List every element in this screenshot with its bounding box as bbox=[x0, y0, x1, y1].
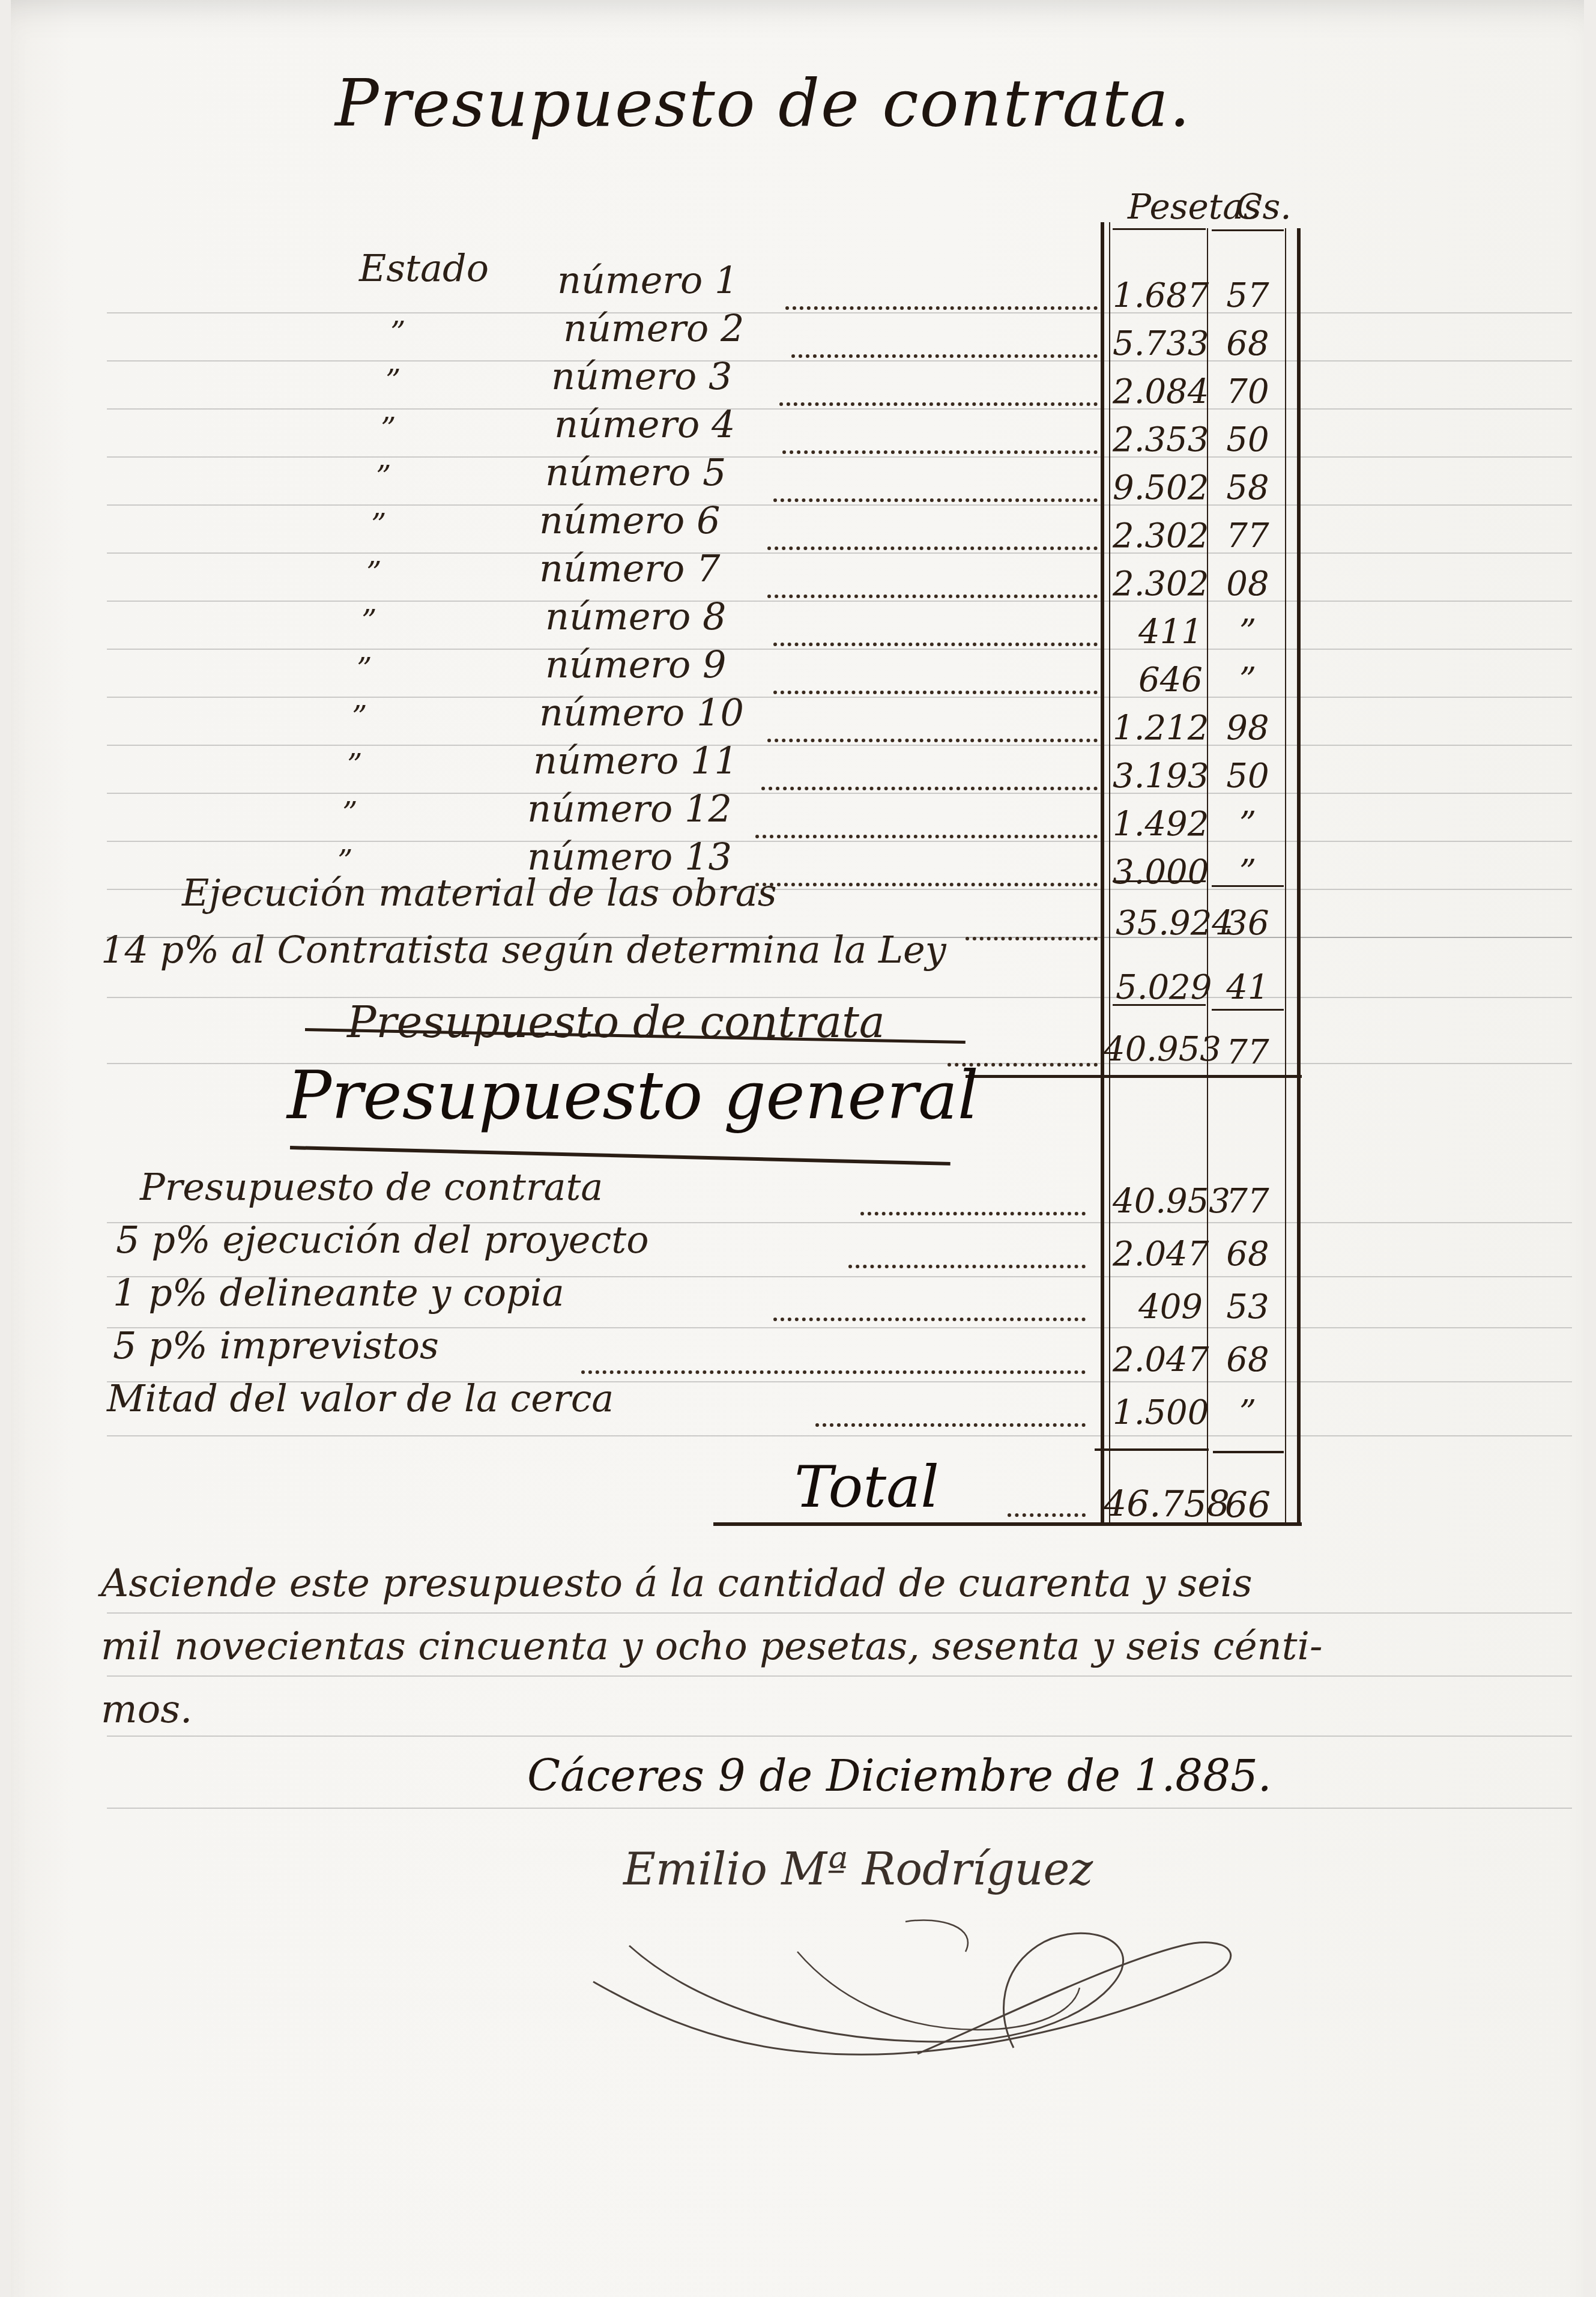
pesetas-value: 3.000 bbox=[1113, 853, 1203, 892]
total-centimos: 66 bbox=[1212, 1484, 1284, 1527]
centimos-value: 77 bbox=[1212, 516, 1284, 555]
statement-line-1: Asciende este presupuesto á la cantidad … bbox=[101, 1561, 1252, 1606]
centimos-value: 68 bbox=[1212, 324, 1284, 363]
estado-label: número 8 bbox=[545, 595, 726, 638]
centimos-value: ” bbox=[1212, 661, 1284, 700]
general-item-label: 5 p% imprevistos bbox=[113, 1324, 439, 1367]
leader-dots bbox=[755, 835, 1098, 838]
estado-label: número 7 bbox=[539, 546, 720, 590]
ditto-mark: ” bbox=[342, 796, 358, 831]
pesetas-value: 1.492 bbox=[1113, 805, 1203, 844]
leader-dots bbox=[767, 739, 1098, 742]
total-label: Total bbox=[794, 1453, 939, 1521]
centimos-value: 50 bbox=[1212, 757, 1284, 796]
ditto-mark: ” bbox=[366, 555, 382, 590]
contrata-rule-pesetas bbox=[1113, 1004, 1206, 1006]
table-border-right-thin bbox=[1285, 228, 1286, 1525]
header-underline-pesetas bbox=[1113, 228, 1206, 230]
signature-flourish-icon bbox=[581, 1910, 1272, 2078]
signature: Emilio Mª Rodríguez bbox=[623, 1844, 1093, 1895]
estado-label: número 11 bbox=[533, 739, 738, 782]
centimos-value: 70 bbox=[1212, 372, 1284, 411]
pesetas-value: 409 bbox=[1113, 1288, 1203, 1327]
general-item-label: Presupuesto de contrata bbox=[140, 1165, 603, 1209]
centimos-value: 98 bbox=[1212, 709, 1284, 748]
leader-dots bbox=[779, 402, 1098, 406]
ditto-mark: ” bbox=[371, 507, 387, 542]
total-underline bbox=[713, 1522, 1302, 1526]
centimos-value: 77 bbox=[1212, 1182, 1284, 1221]
ditto-mark: ” bbox=[357, 652, 372, 686]
ruled-line bbox=[107, 649, 1572, 650]
pesetas-value: 2.302 bbox=[1113, 516, 1203, 555]
table-border-left-thin bbox=[1109, 222, 1110, 1525]
ditto-mark: ” bbox=[385, 363, 401, 398]
pesetas-value: 5.733 bbox=[1113, 324, 1203, 363]
ejecucion-label: Ejecución material de las obras bbox=[182, 871, 777, 915]
total-rule-pesetas bbox=[1095, 1448, 1209, 1451]
estado-label: número 3 bbox=[551, 354, 732, 398]
section-title-general: Presupuesto general bbox=[287, 1057, 979, 1134]
estado-label: número 10 bbox=[539, 691, 744, 734]
ejecucion-centimos: 36 bbox=[1212, 904, 1284, 943]
ruled-line bbox=[107, 1612, 1572, 1614]
centimos-value: 50 bbox=[1212, 420, 1284, 459]
table-border-right-thick bbox=[1297, 228, 1301, 1525]
contratista-pesetas: 5.029 bbox=[1116, 968, 1206, 1007]
leader-dots bbox=[761, 787, 1098, 790]
estado-label: número 2 bbox=[563, 306, 744, 350]
ruled-line bbox=[107, 1435, 1572, 1436]
estado-label: número 9 bbox=[545, 643, 726, 686]
pesetas-value: 2.353 bbox=[1113, 420, 1203, 459]
leader-dots bbox=[773, 643, 1098, 646]
estado-label: número 12 bbox=[527, 787, 732, 831]
ruled-line bbox=[107, 1675, 1572, 1677]
column-header-centimos: Cs. bbox=[1236, 186, 1292, 227]
ruled-line bbox=[107, 745, 1572, 746]
general-item-label: Mitad del valor de la cerca bbox=[107, 1376, 614, 1420]
table-border-left-thick bbox=[1101, 222, 1104, 1525]
centimos-value: 58 bbox=[1212, 468, 1284, 507]
pesetas-value: 1.212 bbox=[1113, 709, 1203, 748]
statement-line-2: mil novecientas cincuenta y ocho pesetas… bbox=[101, 1624, 1323, 1669]
ruled-line bbox=[107, 504, 1572, 506]
contrata-total-pesetas: 40.953 bbox=[1104, 1030, 1194, 1069]
page-title: Presupuesto de contrata. bbox=[335, 66, 1191, 141]
centimos-value: ” bbox=[1212, 805, 1284, 844]
centimos-value: 57 bbox=[1212, 276, 1284, 315]
leader-dots bbox=[773, 691, 1098, 694]
subtotal-rule-centimos bbox=[1212, 885, 1284, 887]
centimos-value: ” bbox=[1212, 613, 1284, 652]
estado-label: número 5 bbox=[545, 450, 726, 494]
contratista-label: 14 p% al Contratista según determina la … bbox=[101, 928, 946, 972]
ditto-mark: ” bbox=[361, 604, 377, 638]
section-title-underline bbox=[290, 1146, 951, 1166]
leader-dots bbox=[1008, 1513, 1086, 1517]
total-pesetas: 46.758 bbox=[1104, 1483, 1194, 1525]
ruled-line bbox=[107, 841, 1572, 842]
ditto-mark: ” bbox=[381, 411, 396, 446]
pesetas-value: 9.502 bbox=[1113, 468, 1203, 507]
pesetas-value: 1.500 bbox=[1113, 1393, 1203, 1432]
ruled-line bbox=[107, 408, 1572, 410]
total-rule-centimos bbox=[1213, 1451, 1284, 1453]
leader-dots bbox=[773, 1318, 1086, 1321]
ruled-line bbox=[107, 552, 1572, 554]
pesetas-value: 1.687 bbox=[1113, 276, 1203, 315]
subtotal-rule-pesetas bbox=[1113, 880, 1206, 882]
leader-dots bbox=[966, 937, 1098, 940]
leader-dots bbox=[755, 883, 1098, 886]
general-item-label: 1 p% delineante y copia bbox=[113, 1271, 564, 1315]
centimos-value: 53 bbox=[1212, 1288, 1284, 1327]
pesetas-value: 2.047 bbox=[1113, 1340, 1203, 1379]
estado-label: número 1 bbox=[557, 258, 738, 302]
leader-dots bbox=[767, 595, 1098, 598]
ditto-mark: ” bbox=[347, 748, 363, 782]
ruled-line bbox=[107, 1736, 1572, 1737]
manuscript-page: Presupuesto de contrata. Pesetas Cs. Est… bbox=[11, 0, 1584, 2297]
general-item-label: 5 p% ejecución del proyecto bbox=[116, 1218, 649, 1262]
leader-dots bbox=[773, 498, 1098, 502]
centimos-value: 08 bbox=[1212, 564, 1284, 604]
pesetas-value: 2.047 bbox=[1113, 1235, 1203, 1274]
statement-line-3: mos. bbox=[101, 1687, 192, 1732]
ruled-line bbox=[107, 360, 1572, 362]
ruled-line bbox=[107, 697, 1572, 698]
leader-dots bbox=[782, 450, 1098, 454]
leader-dots bbox=[785, 306, 1098, 310]
contrata-total-centimos: 77 bbox=[1212, 1033, 1284, 1072]
estado-prefix: Estado bbox=[359, 246, 489, 290]
ditto-mark: ” bbox=[390, 315, 406, 350]
estado-label: número 4 bbox=[554, 402, 735, 446]
leader-dots bbox=[791, 354, 1098, 358]
pesetas-value: 2.302 bbox=[1113, 564, 1203, 604]
ditto-mark: ” bbox=[352, 700, 367, 734]
centimos-value: 68 bbox=[1212, 1340, 1284, 1379]
contrata-rule-centimos bbox=[1212, 1009, 1284, 1011]
leader-dots bbox=[581, 1370, 1086, 1374]
centimos-value: 68 bbox=[1212, 1235, 1284, 1274]
leader-dots bbox=[848, 1265, 1086, 1268]
ruled-line bbox=[107, 456, 1572, 458]
pesetas-value: 411 bbox=[1113, 613, 1203, 652]
header-underline-centimos bbox=[1212, 229, 1284, 231]
pesetas-value: 2.084 bbox=[1113, 372, 1203, 411]
pesetas-value: 40.953 bbox=[1113, 1182, 1203, 1221]
leader-dots bbox=[860, 1212, 1086, 1215]
centimos-value: ” bbox=[1212, 1393, 1284, 1432]
contratista-centimos: 41 bbox=[1212, 968, 1284, 1007]
pesetas-value: 646 bbox=[1113, 661, 1203, 700]
ditto-mark: ” bbox=[376, 459, 391, 494]
contrata-total-rule bbox=[966, 1075, 1302, 1078]
leader-dots bbox=[815, 1423, 1086, 1427]
place-date: Cáceres 9 de Diciembre de 1.885. bbox=[527, 1751, 1272, 1801]
estado-label: número 6 bbox=[539, 498, 720, 542]
leader-dots bbox=[767, 546, 1098, 550]
ruled-line bbox=[107, 793, 1572, 794]
ruled-line bbox=[107, 1808, 1572, 1809]
ruled-line bbox=[107, 312, 1572, 313]
ejecucion-pesetas: 35.924 bbox=[1116, 904, 1206, 943]
pesetas-value: 3.193 bbox=[1113, 757, 1203, 796]
ruled-line bbox=[107, 601, 1572, 602]
